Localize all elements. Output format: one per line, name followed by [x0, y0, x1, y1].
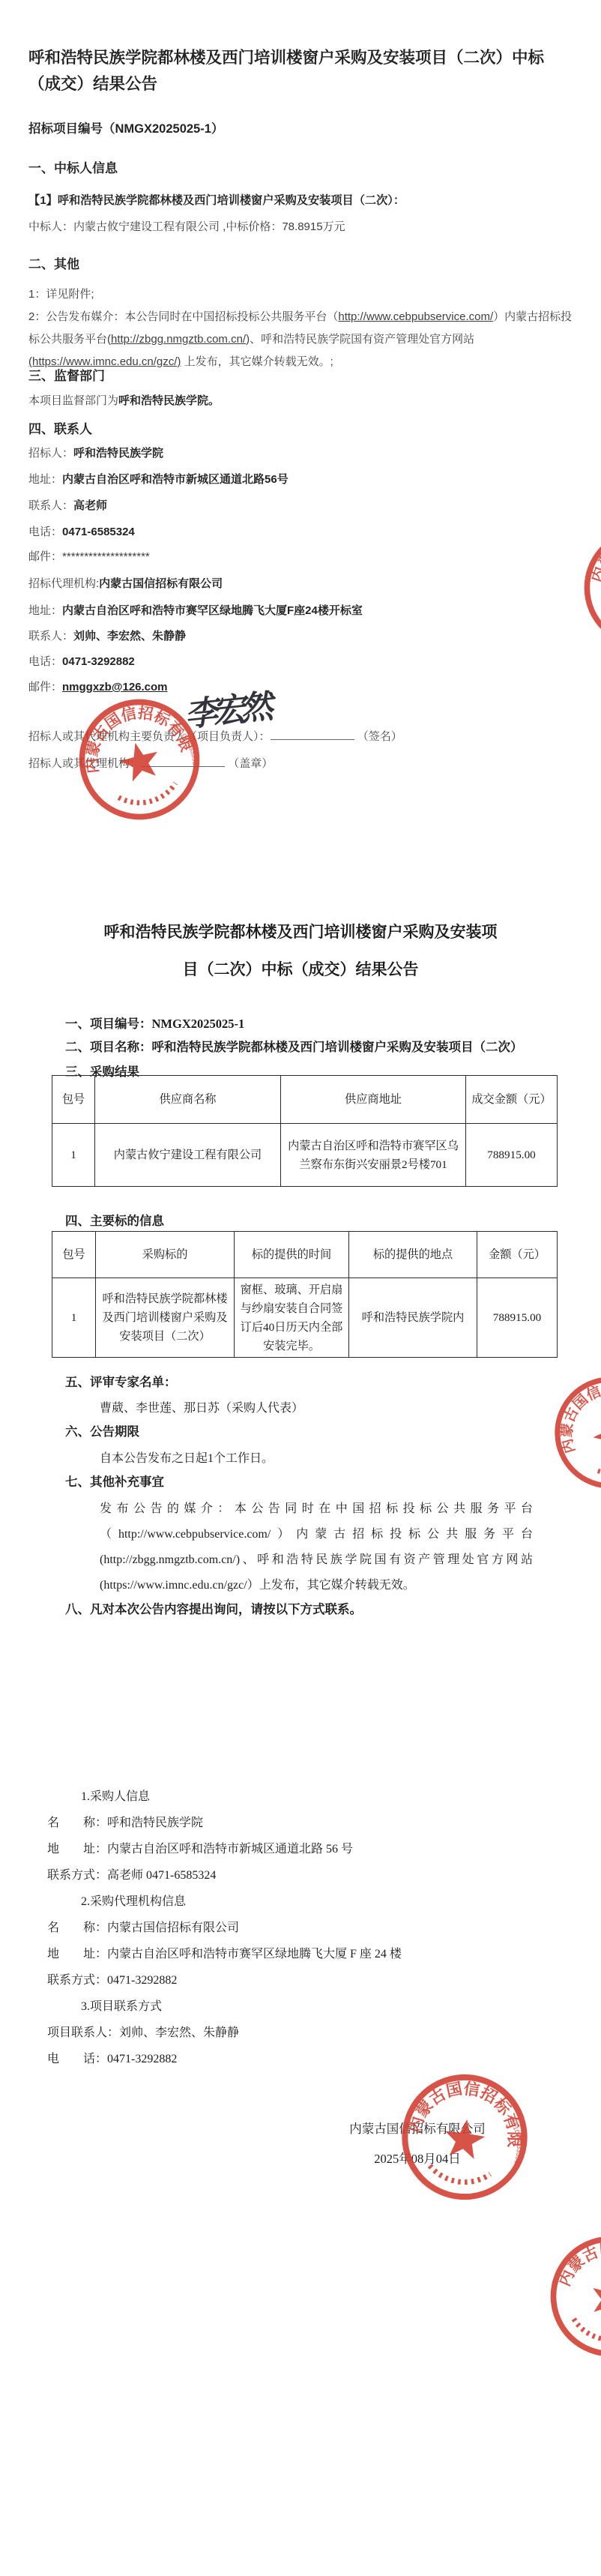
p3-purchaser-contact: 联系方式：高老师 0471-6585324 — [47, 1863, 216, 1889]
p3-purchaser-address: 地 址：内蒙古自治区呼和浩特市新城区通道北路 56 号 — [47, 1837, 353, 1862]
media-text-3: )、呼和浩特民族学院国有资产管理处官方网站 — [246, 333, 474, 346]
contact-row-phone: 电话：0471-6585324 — [28, 521, 135, 544]
partial-seal-stamp-right-middle — [533, 1355, 601, 1511]
experts-list: 曹葳、李世莲、那日苏（采购人代表） — [100, 1396, 303, 1421]
procurement-result-table: 包号 供应商名称 供应商地址 成交金额（元） 1 内蒙古攸宁建设工程有限公司 内… — [52, 1075, 558, 1187]
t1-header-package: 包号 — [52, 1076, 95, 1124]
p3-heading-purchaser: 1.采购人信息 — [81, 1784, 150, 1810]
t2-cell-time: 窗框、玻璃、开启扇与纱扇安装自合同签订后40日历天内全部安装完毕。 — [235, 1278, 349, 1358]
t1-header-address: 供应商地址 — [281, 1076, 466, 1124]
table-row: 1 内蒙古攸宁建设工程有限公司 内蒙古自治区呼和浩特市赛罕区乌兰察布东街兴安丽景… — [52, 1124, 558, 1187]
media-paragraph: 发布公告的媒介：本公告同时在中国招标投标公共服务平台（http://www.ce… — [100, 1496, 533, 1598]
link-cebpubservice[interactable]: http://www.cebpubservice.com/ — [338, 310, 493, 323]
p2-item-period: 六、公告期限 — [65, 1421, 139, 1439]
partial-seal-stamp-right-top — [570, 515, 601, 661]
p3-agency-address: 地 址：内蒙古自治区呼和浩特市赛罕区绿地腾飞大厦 F 座 24 楼 — [47, 1942, 402, 1967]
main-subject-table: 包号 采购标的 标的提供的时间 标的提供的地点 金额（元） 1 呼和浩特民族学院… — [52, 1231, 558, 1358]
media-text-4: 上发布，其它媒介转载无效。; — [181, 355, 333, 368]
section-heading-contacts: 四、联系人 — [28, 418, 92, 437]
p2-item-inquiry: 八、凡对本次公告内容提出询问，请按以下方式联系。 — [65, 1599, 362, 1617]
t2-cell-subject: 呼和浩特民族学院都林楼及西门培训楼窗户采购及安装项目（二次） — [96, 1278, 235, 1358]
p3-heading-project-contact: 3.项目联系方式 — [81, 1994, 162, 2020]
supervisor-line: 本项目监督部门为呼和浩特民族学院。 — [28, 390, 220, 412]
t2-header-amount: 金额（元） — [477, 1232, 558, 1278]
supervisor-prefix: 本项目监督部门为 — [28, 394, 118, 407]
winner-line: 中标人：内蒙古攸宁建设工程有限公司 ,中标价格：78.8915万元 — [28, 216, 576, 238]
page-title: 呼和浩特民族学院都林楼及西门培训楼窗户采购及安装项目（二次）中标（成交）结果公告 — [28, 45, 576, 97]
supervisor-name: 呼和浩特民族学院。 — [118, 394, 220, 407]
project-code: 招标项目编号（NMGX2025025-1） — [28, 118, 223, 136]
contact-row-agency-address: 地址：内蒙古自治区呼和浩特市赛罕区绿地腾飞大厦F座24楼开标室 — [28, 600, 363, 622]
t2-header-place: 标的提供的地点 — [349, 1232, 477, 1278]
contact-row-agency: 招标代理机构:内蒙古国信招标有限公司 — [28, 573, 223, 595]
p2-item-main-subject: 四、主要标的信息 — [65, 1211, 164, 1229]
t2-cell-place: 呼和浩特民族学院内 — [349, 1278, 477, 1358]
other-item-1: 1：详见附件; — [28, 283, 94, 306]
p3-agency-contact: 联系方式：0471-3292882 — [47, 1968, 177, 1993]
contact-row-agency-persons: 联系人：刘帅、李宏然、朱静静 — [28, 625, 186, 648]
contact-row-tenderee: 招标人：呼和浩特民族学院 — [28, 442, 163, 465]
p2-item-project-no: 一、项目编号：NMGX2025025-1 — [65, 1014, 244, 1032]
contact-row-email-masked: 邮件：******************** — [28, 546, 150, 568]
other-item-2: 2：公告发布媒介：本公告同时在中国招标投标公共服务平台（http://www.c… — [28, 306, 574, 373]
t1-cell-supplier: 内蒙古攸宁建设工程有限公司 — [95, 1124, 281, 1187]
section-heading-supervisor: 三、监督部门 — [28, 365, 105, 384]
p3-project-phone: 电 话：0471-3292882 — [47, 2047, 177, 2072]
t1-header-supplier: 供应商名称 — [95, 1076, 281, 1124]
p3-heading-agency: 2.采购代理机构信息 — [81, 1889, 186, 1915]
p3-purchaser-name: 名 称：呼和浩特民族学院 — [47, 1811, 203, 1836]
partial-seal-stamp-bottom-right — [531, 2218, 601, 2376]
link-nmgztb[interactable]: http://zbgg.nmgztb.com.cn/ — [111, 333, 246, 346]
t1-cell-address: 内蒙古自治区呼和浩特市赛罕区乌兰察布东街兴安丽景2号楼701 — [281, 1124, 466, 1187]
table-row: 1 呼和浩特民族学院都林楼及西门培训楼窗户采购及安装项目（二次） 窗框、玻璃、开… — [52, 1278, 558, 1358]
announcement-document: 内蒙古国信招标有限公司 1501040033396 呼和浩特民族学院都林楼及西门… — [0, 0, 601, 2576]
section-heading-other: 二、其他 — [28, 253, 79, 272]
section-heading-winner-info: 一、中标人信息 — [28, 157, 118, 176]
t2-cell-amount: 788915.00 — [477, 1278, 558, 1358]
p2-item-project-name: 二、项目名称：呼和浩特民族学院都林楼及西门培训楼窗户采购及安装项目（二次） — [65, 1037, 560, 1055]
media-text-1: 2：公告发布媒介：本公告同时在中国招标投标公共服务平台（ — [28, 310, 338, 323]
p2-item-supplementary: 七、其他补充事宜 — [65, 1472, 164, 1490]
t2-cell-package: 1 — [52, 1278, 96, 1358]
contact-row-agency-phone: 电话：0471-3292882 — [28, 651, 135, 673]
winner-project-item: 【1】呼和浩特民族学院都林楼及西门培训楼窗户采购及安装项目（二次）： — [28, 192, 576, 208]
signature-blank — [271, 729, 354, 740]
t2-header-package: 包号 — [52, 1232, 96, 1278]
p3-project-persons: 项目联系人：刘帅、李宏然、朱静静 — [47, 2020, 239, 2046]
official-seal-stamp-date — [389, 2062, 541, 2212]
page2-title: 呼和浩特民族学院都林楼及西门培训楼窗户采购及安装项 目（二次）中标（成交）结果公… — [45, 913, 556, 988]
contact-row-address: 地址：内蒙古自治区呼和浩特市新城区通道北路56号 — [28, 469, 289, 491]
p3-agency-name: 名 称：内蒙古国信招标有限公司 — [47, 1916, 239, 1941]
contact-row-person: 联系人：高老师 — [28, 495, 107, 517]
p2-item-experts: 五、评审专家名单： — [65, 1372, 177, 1390]
t1-cell-package: 1 — [52, 1124, 95, 1187]
period-text: 自本公告发布之日起1个工作日。 — [100, 1446, 274, 1472]
t1-header-amount: 成交金额（元） — [466, 1076, 558, 1124]
t2-header-subject: 采购标的 — [96, 1232, 235, 1278]
t2-header-time: 标的提供的时间 — [235, 1232, 349, 1278]
t1-cell-amount: 788915.00 — [466, 1124, 558, 1187]
